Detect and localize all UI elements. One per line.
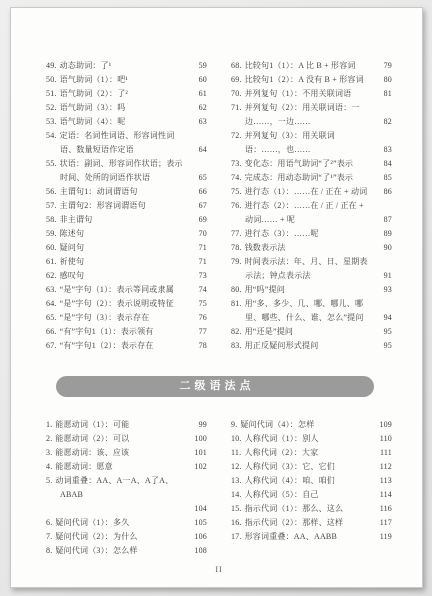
entry-number: 4. <box>46 462 52 471</box>
entry-page-number: 90 <box>384 241 392 255</box>
entry-title: 能愿动词：该、应该 <box>55 448 129 457</box>
entry-title: 陈述句 <box>60 229 85 238</box>
entry-title: 疑问代词（4）：怎样 <box>240 420 314 429</box>
entry-page-number: 73 <box>199 269 207 283</box>
toc-content: 49.动态助词：了¹5950.语气助词（1）：吧¹6051.语气助词（2）：了²… <box>11 8 422 574</box>
entry-page-number: 78 <box>199 339 207 353</box>
entry-title: 比较句1（1）：A 比 B + 形容词 <box>245 61 356 70</box>
entry-title: 进行态（3）：……呢 <box>245 229 319 238</box>
toc-entry: 73.变化态：用语气助词“了²”表示84 <box>231 157 392 171</box>
entry-page-number: 110 <box>380 432 392 446</box>
toc-entry: 65.“是”字句（3）：表示存在76 <box>46 311 207 325</box>
entry-number: 66. <box>46 327 57 336</box>
entry-number: 82. <box>231 327 242 336</box>
entry-title: 并列复句（1）：不用关联词语 <box>245 89 352 98</box>
entry-title: 用正反疑问形式提问 <box>245 341 319 350</box>
entry-page-number: 94 <box>384 311 392 325</box>
toc-entry: 68.比较句1（1）：A 比 B + 形容词79 <box>231 59 392 73</box>
entry-title: 语气助词（1）：吧¹ <box>60 75 128 84</box>
entry-title: 能愿动词（1）：可能 <box>55 420 129 429</box>
entry-number: 75. <box>231 187 242 196</box>
entry-title: 用“多、多少、几、哪、哪儿、哪里、哪些、什么、谁、怎么”提问 <box>245 299 364 322</box>
entry-page-number: 77 <box>199 325 207 339</box>
entry-number: 51. <box>46 89 57 98</box>
toc-entry: 11.人称代词（2）：大家111 <box>231 446 392 460</box>
entry-page-number: 89 <box>384 227 392 241</box>
toc-entry: 49.动态助词：了¹59 <box>46 59 207 73</box>
entry-page-number: 95 <box>384 339 392 353</box>
entry-title: 用“吗”提问 <box>245 285 285 294</box>
entry-number: 61. <box>46 257 57 266</box>
toc-entry: 6.疑问代词（1）：多久105 <box>46 516 207 530</box>
entry-page-number: 113 <box>380 474 392 488</box>
entry-title: 人称代词（1）：别人 <box>245 434 319 443</box>
entry-page-number: 76 <box>199 311 207 325</box>
toc-entry: 12.人称代词（3）：它、它们112 <box>231 460 392 474</box>
toc-entry: 70.并列复句（1）：不用关联词语81 <box>231 87 392 101</box>
toc-entry: 2.能愿动词（2）：可以100 <box>46 432 207 446</box>
toc-entry: 10.人称代词（1）：别人110 <box>231 432 392 446</box>
entry-title: “有”字句1（2）：表示存在 <box>60 341 154 350</box>
entry-page-number: 74 <box>199 283 207 297</box>
entry-page-number: 59 <box>199 59 207 73</box>
toc-entry: 62.感叹句73 <box>46 269 207 283</box>
entry-number: 64. <box>46 299 57 308</box>
entry-number: 83. <box>231 341 242 350</box>
entry-number: 3. <box>46 448 52 457</box>
entry-page-number: 112 <box>380 460 392 474</box>
toc-entry: 17.形容词重叠：AA、AABB119 <box>231 530 392 544</box>
entry-title: 语气助词（2）：了² <box>60 89 128 98</box>
entry-page-number: 106 <box>194 530 207 544</box>
toc-entry: 52.语气助词（3）：吗62 <box>46 101 207 115</box>
toc-entry: 77.进行态（3）：……呢89 <box>231 227 392 241</box>
section-header-band: 二级语法点 <box>56 376 374 397</box>
entry-title: “是”字句（3）：表示存在 <box>60 313 150 322</box>
entry-page-number: 99 <box>199 418 207 432</box>
entry-page-number: 66 <box>199 185 207 199</box>
toc-entry: 55.状语：副词、形容词作状语；表示时间、处所的词语作状语65 <box>46 157 207 185</box>
entry-page-number: 71 <box>199 255 207 269</box>
entry-title: 主谓句1：动词谓语句 <box>60 187 138 196</box>
entry-title: 进行态（2）：……在 / 正 / 正在 + 动词…… + 呢 <box>245 201 364 224</box>
entry-title: 状语：副词、形容词作状语；表示时间、处所的词语作状语 <box>60 159 183 182</box>
toc-entry: 81.用“多、多少、几、哪、哪儿、哪里、哪些、什么、谁、怎么”提问94 <box>231 297 392 325</box>
toc-section-level1: 49.动态助词：了¹5950.语气助词（1）：吧¹6051.语气助词（2）：了²… <box>46 59 392 353</box>
entry-title: 人称代词（4）：咱、咱们 <box>245 476 335 485</box>
toc-entry: 64.“是”字句（2）：表示说明或特征75 <box>46 297 207 311</box>
entry-page-number: 70 <box>199 227 207 241</box>
toc-entry: 82.用“还是”提问95 <box>231 325 392 339</box>
entry-title: 完成态：用动态助词“了¹”表示 <box>245 173 354 182</box>
entry-number: 60. <box>46 243 57 252</box>
entry-number: 76. <box>231 201 242 210</box>
entry-page-number: 95 <box>384 325 392 339</box>
entry-page-number: 87 <box>384 213 392 227</box>
entry-page-number: 60 <box>199 73 207 87</box>
entry-number: 13. <box>231 476 242 485</box>
entry-number: 11. <box>231 448 241 457</box>
entry-title: “是”字句（1）：表示等同或隶属 <box>60 285 174 294</box>
entry-page-number: 83 <box>384 143 392 157</box>
entry-number: 70. <box>231 89 242 98</box>
toc-entry: 80.用“吗”提问93 <box>231 283 392 297</box>
toc-entry: 57.主谓句2：形容词谓语句67 <box>46 199 207 213</box>
toc-entry: 1.能愿动词（1）：可能99 <box>46 418 207 432</box>
entry-title: 动词重叠：AA、A一A、A了A、ABAB <box>55 476 173 499</box>
entry-number: 67. <box>46 341 57 350</box>
entry-number: 17. <box>231 532 242 541</box>
entry-page-number: 61 <box>199 87 207 101</box>
entry-title: 能愿动词（2）：可以 <box>55 434 129 443</box>
entry-page-number: 117 <box>380 516 392 530</box>
section-title: 二级语法点 <box>180 380 255 392</box>
toc-level1-column-right: 68.比较句1（1）：A 比 B + 形容词7969.比较句1（2）：A 没有 … <box>231 59 392 353</box>
entry-title: 疑问代词（3）：怎么样 <box>55 546 137 555</box>
entry-number: 50. <box>46 75 57 84</box>
entry-number: 69. <box>231 75 242 84</box>
entry-page-number: 65 <box>199 171 207 185</box>
entry-number: 12. <box>231 462 242 471</box>
entry-number: 5. <box>46 476 52 485</box>
entry-number: 74. <box>231 173 242 182</box>
toc-entry: 59.陈述句70 <box>46 227 207 241</box>
entry-number: 57. <box>46 201 57 210</box>
folio-page-number: II <box>46 565 392 574</box>
entry-page-number: 75 <box>199 297 207 311</box>
entry-title: 并列复句（2）：用关联词语：一边……，一边…… <box>245 103 360 126</box>
toc-entry: 16.指示代词（2）：那样、这样117 <box>231 516 392 530</box>
entry-title: 疑问代词（2）：为什么 <box>55 532 137 541</box>
entry-title: 祈使句 <box>60 257 85 266</box>
entry-title: 感叹句 <box>60 271 85 280</box>
entry-number: 71. <box>231 103 242 112</box>
entry-page-number: 93 <box>384 283 392 297</box>
toc-entry: 72.并列复句（3）：用关联词语：……，也……83 <box>231 129 392 157</box>
toc-entry: 15.指示代词（1）：那么、这么116 <box>231 502 392 516</box>
entry-page-number: 81 <box>384 87 392 101</box>
toc-entry: 75.进行态（1）：……在 / 正在 + 动词86 <box>231 185 392 199</box>
entry-number: 6. <box>46 518 52 527</box>
entry-title: 人称代词（3）：它、它们 <box>245 462 335 471</box>
entry-page-number: 116 <box>380 502 392 516</box>
toc-entry: 5.动词重叠：AA、A一A、A了A、ABAB104 <box>46 474 207 516</box>
entry-title: 比较句1（2）：A 没有 B + 形容词 <box>245 75 364 84</box>
toc-level2-column-left: 1.能愿动词（1）：可能992.能愿动词（2）：可以1003.能愿动词：该、应该… <box>46 418 207 558</box>
toc-entry: 61.祈使句71 <box>46 255 207 269</box>
entry-number: 54. <box>46 131 57 140</box>
entry-page-number: 64 <box>199 143 207 157</box>
toc-entry: 60.疑问句71 <box>46 241 207 255</box>
toc-entry: 50.语气助词（1）：吧¹60 <box>46 73 207 87</box>
entry-number: 77. <box>231 229 242 238</box>
entry-page-number: 100 <box>194 432 207 446</box>
toc-entry: 76.进行态（2）：……在 / 正 / 正在 + 动词…… + 呢87 <box>231 199 392 227</box>
toc-entry: 8.疑问代词（3）：怎么样108 <box>46 544 207 558</box>
entry-page-number: 102 <box>194 460 207 474</box>
toc-entry: 53.语气助词（4）：呢63 <box>46 115 207 129</box>
toc-entry: 63.“是”字句（1）：表示等同或隶属74 <box>46 283 207 297</box>
toc-entry: 69.比较句1（2）：A 没有 B + 形容词80 <box>231 73 392 87</box>
entry-number: 10. <box>231 434 242 443</box>
entry-number: 65. <box>46 313 57 322</box>
toc-entry: 51.语气助词（2）：了²61 <box>46 87 207 101</box>
entry-page-number: 80 <box>384 73 392 87</box>
entry-title: 主谓句2：形容词谓语句 <box>60 201 146 210</box>
entry-number: 1. <box>46 420 52 429</box>
entry-number: 16. <box>231 518 242 527</box>
entry-number: 56. <box>46 187 57 196</box>
entry-title: 人称代词（5）：自己 <box>245 490 319 499</box>
entry-number: 15. <box>231 504 242 513</box>
book-page: 49.动态助词：了¹5950.语气助词（1）：吧¹6051.语气助词（2）：了²… <box>10 7 423 588</box>
entry-title: 时间表示法：年、月、日、星期表示法；钟点表示法 <box>245 257 368 280</box>
toc-entry: 3.能愿动词：该、应该101 <box>46 446 207 460</box>
entry-page-number: 105 <box>194 516 207 530</box>
entry-title: 进行态（1）：……在 / 正在 + 动词 <box>245 187 368 196</box>
entry-title: 语气助词（4）：呢 <box>60 117 126 126</box>
entry-page-number: 101 <box>194 446 207 460</box>
entry-page-number: 119 <box>380 530 392 544</box>
entry-page-number: 62 <box>199 101 207 115</box>
entry-title: 能愿动词：愿意 <box>55 462 112 471</box>
toc-entry: 79.时间表示法：年、月、日、星期表示法；钟点表示法91 <box>231 255 392 283</box>
toc-entry: 78.钱数表示法90 <box>231 241 392 255</box>
entry-number: 59. <box>46 229 57 238</box>
entry-page-number: 104 <box>60 502 207 516</box>
toc-entry: 83.用正反疑问形式提问95 <box>231 339 392 353</box>
toc-entry: 67.“有”字句1（2）：表示存在78 <box>46 339 207 353</box>
entry-number: 52. <box>46 103 57 112</box>
entry-page-number: 67 <box>199 199 207 213</box>
toc-entry: 14.人称代词（5）：自己114 <box>231 488 392 502</box>
entry-number: 81. <box>231 299 242 308</box>
entry-number: 53. <box>46 117 57 126</box>
entry-page-number: 63 <box>199 115 207 129</box>
entry-page-number: 86 <box>384 185 392 199</box>
entry-page-number: 82 <box>384 115 392 129</box>
entry-number: 80. <box>231 285 242 294</box>
toc-entry: 71.并列复句（2）：用关联词语：一边……，一边……82 <box>231 101 392 129</box>
entry-title: “有”字句1（1）：表示领有 <box>60 327 154 336</box>
entry-number: 58. <box>46 215 57 224</box>
entry-page-number: 91 <box>384 269 392 283</box>
entry-title: 定语：名词性词语、形容词性词语、数量短语作定语 <box>60 131 175 154</box>
entry-number: 68. <box>231 61 242 70</box>
entry-page-number: 71 <box>199 241 207 255</box>
entry-page-number: 111 <box>380 446 392 460</box>
entry-number: 78. <box>231 243 242 252</box>
toc-section-level2: 1.能愿动词（1）：可能992.能愿动词（2）：可以1003.能愿动词：该、应该… <box>46 418 392 558</box>
entry-title: 疑问句 <box>60 243 85 252</box>
entry-page-number: 79 <box>384 59 392 73</box>
entry-title: 用“还是”提问 <box>245 327 294 336</box>
entry-title: 非主谓句 <box>60 215 93 224</box>
entry-title: 形容词重叠：AA、AABB <box>245 532 337 541</box>
entry-page-number: 109 <box>379 418 392 432</box>
entry-number: 9. <box>231 420 237 429</box>
entry-number: 49. <box>46 61 57 70</box>
scan-background: 49.动态助词：了¹5950.语气助词（1）：吧¹6051.语气助词（2）：了²… <box>0 0 432 596</box>
toc-entry: 7.疑问代词（2）：为什么106 <box>46 530 207 544</box>
toc-entry: 54.定语：名词性词语、形容词性词语、数量短语作定语64 <box>46 129 207 157</box>
toc-entry: 74.完成态：用动态助词“了¹”表示85 <box>231 171 392 185</box>
toc-entry: 58.非主谓句69 <box>46 213 207 227</box>
toc-entry: 56.主谓句1：动词谓语句66 <box>46 185 207 199</box>
entry-number: 72. <box>231 131 242 140</box>
entry-title: 并列复句（3）：用关联词语：……，也…… <box>245 131 335 154</box>
entry-page-number: 108 <box>194 544 207 558</box>
entry-number: 55. <box>46 159 57 168</box>
entry-number: 73. <box>231 159 242 168</box>
entry-title: 指示代词（1）：那么、这么 <box>245 504 344 513</box>
entry-number: 63. <box>46 285 57 294</box>
toc-entry: 9.疑问代词（4）：怎样109 <box>231 418 392 432</box>
toc-level2-column-right: 9.疑问代词（4）：怎样10910.人称代词（1）：别人11011.人称代词（2… <box>231 418 392 544</box>
toc-entry: 4.能愿动词：愿意102 <box>46 460 207 474</box>
toc-entry: 66.“有”字句1（1）：表示领有77 <box>46 325 207 339</box>
entry-page-number: 84 <box>384 157 392 171</box>
entry-title: 语气助词（3）：吗 <box>60 103 126 112</box>
entry-page-number: 114 <box>380 488 392 502</box>
entry-number: 14. <box>231 490 242 499</box>
entry-title: 动态助词：了¹ <box>60 61 112 70</box>
toc-level1-column-left: 49.动态助词：了¹5950.语气助词（1）：吧¹6051.语气助词（2）：了²… <box>46 59 207 353</box>
entry-title: “是”字句（2）：表示说明或特征 <box>60 299 174 308</box>
entry-page-number: 69 <box>199 213 207 227</box>
entry-number: 7. <box>46 532 52 541</box>
entry-title: 指示代词（2）：那样、这样 <box>245 518 344 527</box>
entry-number: 8. <box>46 546 52 555</box>
entry-page-number: 85 <box>384 171 392 185</box>
entry-number: 79. <box>231 257 242 266</box>
toc-entry: 13.人称代词（4）：咱、咱们113 <box>231 474 392 488</box>
entry-title: 疑问代词（1）：多久 <box>55 518 129 527</box>
entry-title: 人称代词（2）：大家 <box>244 448 318 457</box>
entry-title: 变化态：用语气助词“了²”表示 <box>245 159 354 168</box>
entry-number: 62. <box>46 271 57 280</box>
entry-number: 2. <box>46 434 52 443</box>
entry-title: 钱数表示法 <box>245 243 286 252</box>
